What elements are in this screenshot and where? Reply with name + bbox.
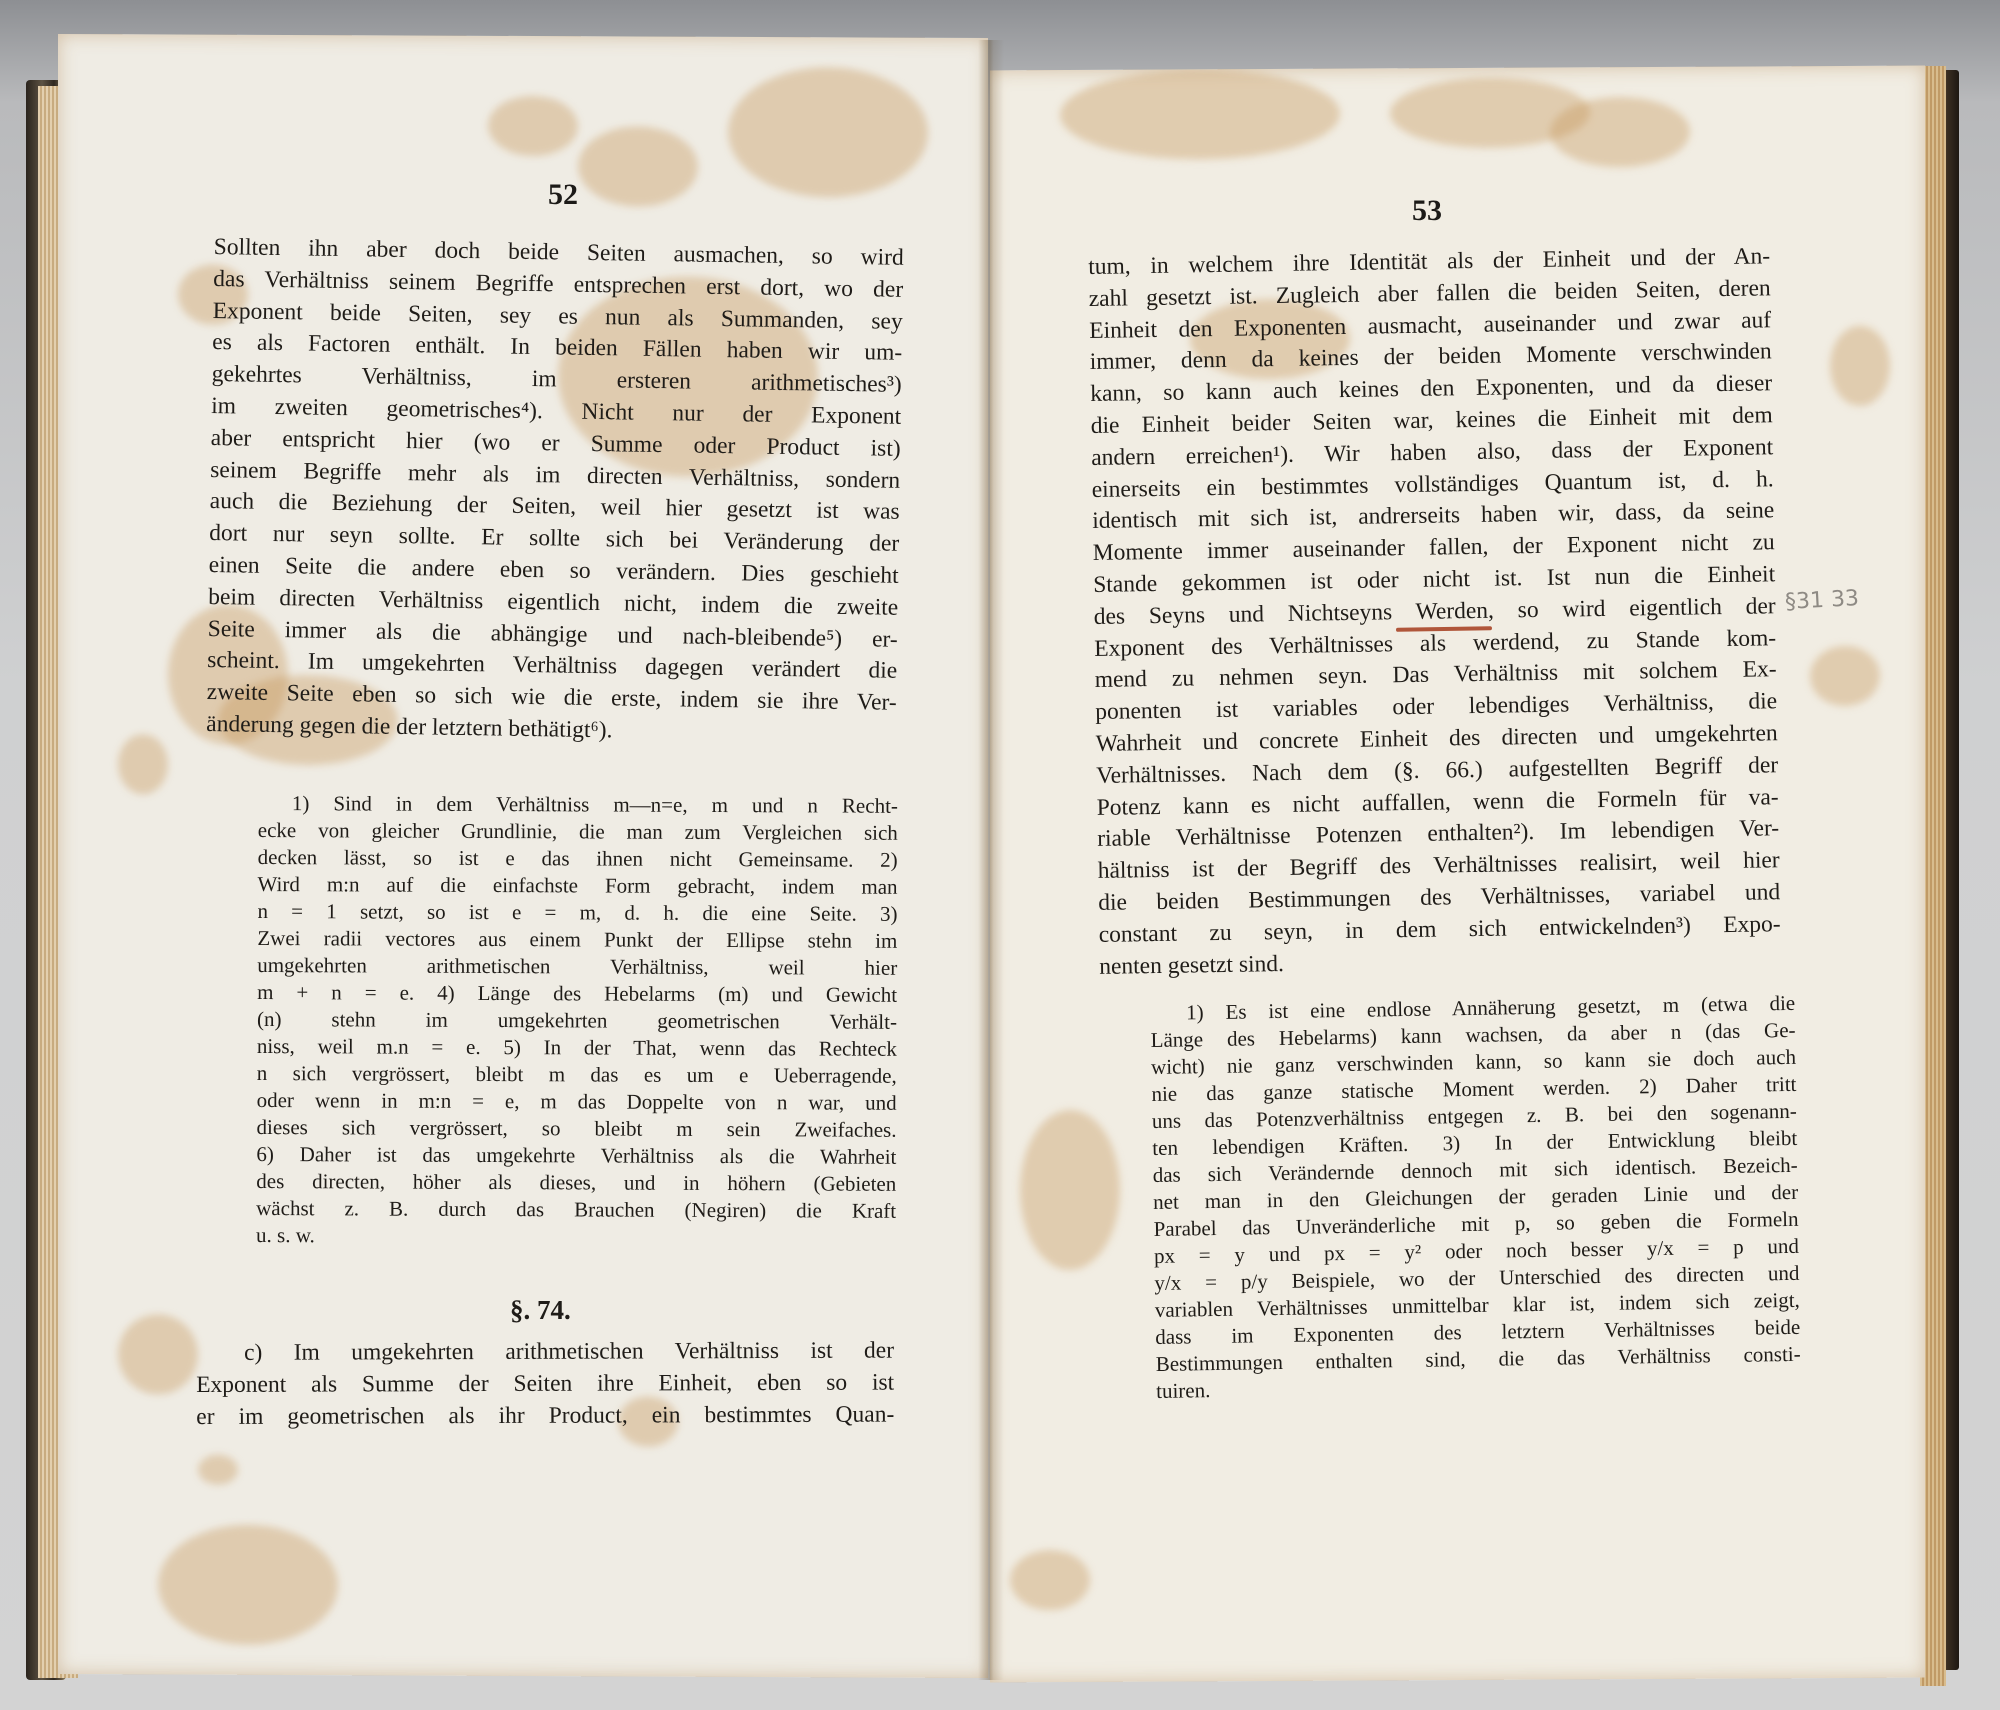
footnote-line: ecke von gleicher Grundlinie, die man zu… <box>258 817 898 847</box>
left-main-text: Sollten ihn aber doch beide Seiten ausma… <box>206 232 904 752</box>
left-footnotes: 1) Sind in dem Verhältniss m—n=e, m und … <box>256 790 898 1252</box>
left-section-text: c) Im umgekehrten arithmetischen Verhält… <box>196 1336 894 1434</box>
text-line: Exponent als Summe der Seiten ihre Einhe… <box>196 1367 894 1401</box>
footnote-line: 1) Sind in dem Verhältniss m—n=e, m und … <box>258 790 898 820</box>
page-number-right: 53 <box>1412 194 1442 228</box>
book-gutter <box>978 40 1004 1680</box>
footnote-line: decken lässt, so ist e das ihnen nicht G… <box>258 844 898 874</box>
section-heading: §. 74. <box>510 1295 571 1326</box>
page-number-left: 52 <box>548 178 578 212</box>
footnote-line: (n) stehn im umgekehrten geometrischen V… <box>257 1006 897 1036</box>
footnote-line: n sich vergrössert, bleibt m das es um e… <box>257 1060 897 1090</box>
footnote-line: Wird m:n auf die einfachste Form gebrach… <box>258 871 898 901</box>
footnote-line: oder wenn in m:n = e, m das Doppelte von… <box>257 1087 897 1117</box>
text-line: c) Im umgekehrten arithmetischen Verhält… <box>196 1336 894 1370</box>
footnote-line: 6) Daher ist das umgekehrte Verhältniss … <box>256 1141 896 1171</box>
text-line: er im geometrischen als ihr Product, ein… <box>196 1399 894 1433</box>
pencil-margin-note: §31 33 <box>1784 586 1859 615</box>
right-main-text: tum, in welchem ihre Identität als der E… <box>1088 241 1781 983</box>
footnote-line: niss, weil m.n = e. 5) In der That, wenn… <box>257 1033 897 1063</box>
footnote-line: Zwei radii vectores aus einem Punkt der … <box>257 925 897 955</box>
footnote-line: wächst z. B. durch das Brauchen (Negiren… <box>256 1195 896 1225</box>
footnote-line: m + n = e. 4) Länge des Hebelarms (m) un… <box>257 979 897 1009</box>
footnote-line: des directen, höher als dieses, und in h… <box>256 1168 896 1198</box>
footnote-line: n = 1 setzt, so ist e = m, d. h. die ein… <box>257 898 897 928</box>
footnote-line: dieses sich vergrössert, so bleibt m sei… <box>256 1114 896 1144</box>
footnote-line: umgekehrten arithmetischen Verhältniss, … <box>257 952 897 982</box>
right-footnotes: 1) Es ist eine endlose Annäherung gesetz… <box>1150 990 1801 1405</box>
footnote-line: u. s. w. <box>256 1222 896 1252</box>
